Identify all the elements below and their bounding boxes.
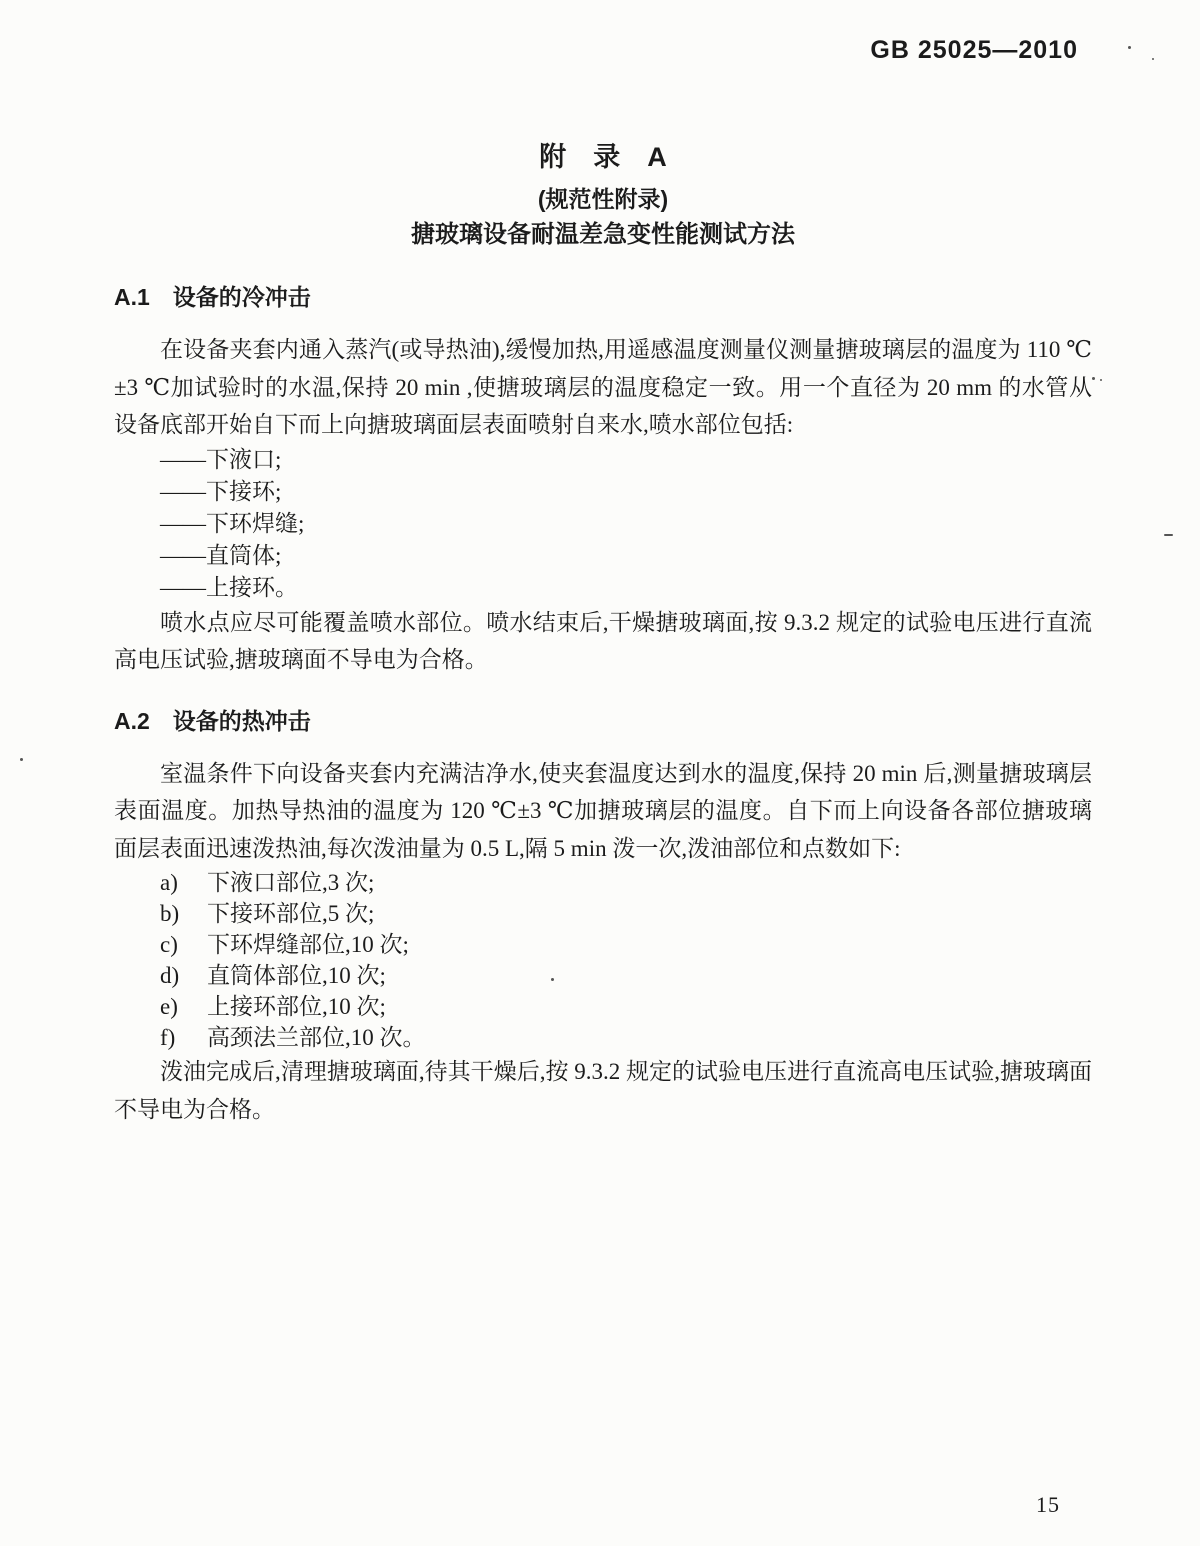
list-item: ——下接环; — [160, 476, 1092, 508]
list-item: e)上接环部位,10 次; — [160, 991, 1092, 1022]
list-item: c)下环焊缝部位,10 次; — [160, 929, 1092, 960]
list-item: d)直筒体部位,10 次; — [160, 960, 1092, 991]
section-a2-paragraph-1: 室温条件下向设备夹套内充满洁净水,使夹套温度达到水的温度,保持 20 min 后… — [114, 755, 1092, 868]
list-item: a)下液口部位,3 次; — [160, 867, 1092, 898]
list-item-text: 直筒体部位,10 次; — [207, 963, 386, 988]
scan-speck — [1152, 58, 1154, 60]
list-item-text: 上接环部位,10 次; — [207, 994, 386, 1019]
scan-speck — [1100, 379, 1102, 381]
list-item-label: f) — [160, 1022, 207, 1053]
appendix-subtitle: (规范性附录) — [114, 185, 1092, 213]
list-item: ——直筒体; — [160, 540, 1092, 572]
appendix-name: 搪玻璃设备耐温差急变性能测试方法 — [114, 220, 1092, 249]
page-content: 附 录 A (规范性附录) 搪玻璃设备耐温差急变性能测试方法 A.1 设备的冷冲… — [114, 0, 1092, 1128]
appendix-title: 附 录 A — [114, 141, 1092, 173]
spray-location-list: ——下液口; ——下接环; ——下环焊缝; ——直筒体; ——上接环。 — [114, 444, 1092, 604]
scan-speck — [1164, 534, 1173, 536]
list-item-label: e) — [160, 991, 207, 1022]
oil-pour-location-list: a)下液口部位,3 次; b)下接环部位,5 次; c)下环焊缝部位,10 次;… — [114, 867, 1092, 1053]
list-item-label: d) — [160, 960, 207, 991]
list-item-label: b) — [160, 898, 207, 929]
scan-speck — [1092, 377, 1095, 380]
list-item: b)下接环部位,5 次; — [160, 898, 1092, 929]
document-page: GB 25025—2010 附 录 A (规范性附录) 搪玻璃设备耐温差急变性能… — [0, 0, 1200, 1546]
list-item-text: 下接环部位,5 次; — [207, 901, 374, 926]
scan-speck — [1128, 46, 1131, 49]
list-item: ——下环焊缝; — [160, 508, 1092, 540]
section-a1-heading: A.1 设备的冷冲击 — [114, 283, 1092, 311]
page-number: 15 — [1036, 1492, 1060, 1518]
scan-speck — [20, 758, 23, 761]
section-a1-paragraph-2: 喷水点应尽可能覆盖喷水部位。喷水结束后,干燥搪玻璃面,按 9.3.2 规定的试验… — [114, 604, 1092, 679]
section-a2-heading: A.2 设备的热冲击 — [114, 707, 1092, 735]
list-item-text: 下液口部位,3 次; — [207, 870, 374, 895]
list-item: ——上接环。 — [160, 572, 1092, 604]
list-item-label: a) — [160, 867, 207, 898]
list-item-text: 下环焊缝部位,10 次; — [207, 932, 409, 957]
section-a1-paragraph-1: 在设备夹套内通入蒸汽(或导热油),缓慢加热,用遥感温度测量仪测量搪玻璃层的温度为… — [114, 331, 1092, 444]
list-item: f)高颈法兰部位,10 次。 — [160, 1022, 1092, 1053]
list-item: ——下液口; — [160, 444, 1092, 476]
list-item-text: 高颈法兰部位,10 次。 — [207, 1025, 426, 1050]
section-a2-paragraph-2: 泼油完成后,清理搪玻璃面,待其干燥后,按 9.3.2 规定的试验电压进行直流高电… — [114, 1053, 1092, 1128]
scan-speck — [551, 978, 554, 981]
list-item-label: c) — [160, 929, 207, 960]
